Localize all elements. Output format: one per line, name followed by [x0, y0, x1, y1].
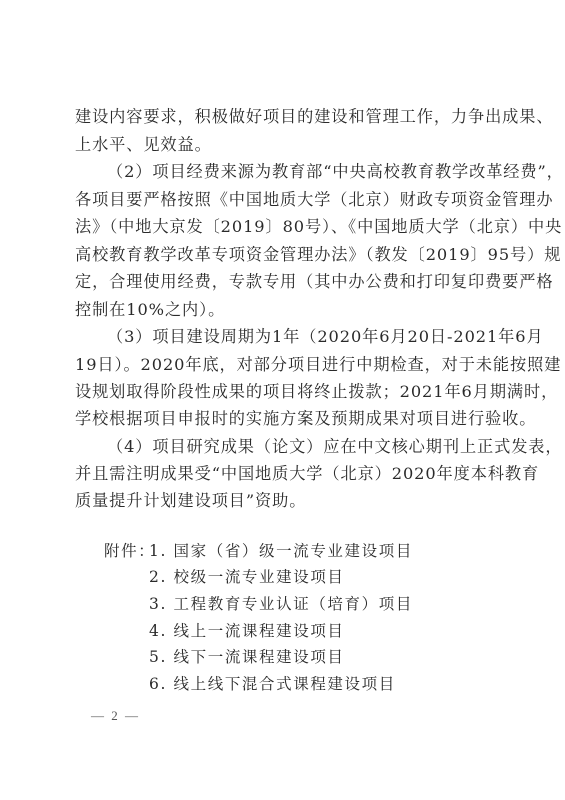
body-line: 设规划取得阶段性成果的项目将终止拨款；2021年6月期满时， — [75, 382, 495, 402]
body-line: 各项目要严格按照《中国地质大学（北京）财政专项资金管理办 — [75, 190, 495, 210]
paragraph-4-start: （4）项目研究成果（论文）应在中文核心期刊上正式发表， — [107, 437, 527, 457]
page-number: — 2 — — [91, 708, 140, 724]
body-line: 并且需注明成果受“中国地质大学（北京）2020年度本科教育 — [75, 464, 495, 484]
body-line: 定，合理使用经费，专款专用（其中办公费和打印复印费要严格 — [75, 272, 495, 292]
attachment-item: 4. 线上一流课程建设项目 — [149, 621, 345, 641]
attachment-item: 1. 国家（省）级一流专业建设项目 — [149, 541, 413, 561]
attachment-item: 5. 线下一流课程建设项目 — [149, 647, 345, 667]
body-line: 建设内容要求，积极做好项目的建设和管理工作，力争出成果、 — [75, 107, 495, 127]
body-line: 控制在10%之内）。 — [75, 300, 495, 320]
body-line: 学校根据项目申报时的实施方案及预期成果对项目进行验收。 — [75, 409, 495, 429]
body-line: 高校教育教学改革专项资金管理办法》（教发〔2019〕95号）规 — [75, 245, 495, 265]
body-line: 上水平、见效益。 — [75, 135, 495, 155]
body-line: 法》（中地大京发〔2019〕80号）、《中国地质大学（北京）中央 — [75, 217, 495, 237]
document-page: 建设内容要求，积极做好项目的建设和管理工作，力争出成果、 上水平、见效益。 （2… — [0, 0, 565, 800]
paragraph-2-start: （2）项目经费来源为教育部“中央高校教育教学改革经费”， — [107, 162, 527, 182]
paragraph-3-start: （3）项目建设周期为1年（2020年6月20日-2021年6月 — [107, 327, 527, 347]
body-line: 质量提升计划建设项目”资助。 — [75, 491, 495, 511]
attachment-item: 6. 线上线下混合式课程建设项目 — [149, 674, 396, 694]
body-line: 19日）。2020年底，对部分项目进行中期检查，对于未能按照建 — [75, 355, 495, 375]
attachment-item: 2. 校级一流专业建设项目 — [149, 567, 345, 587]
attachments-label: 附件： — [104, 541, 155, 561]
attachment-item: 3. 工程教育专业认证（培育）项目 — [149, 594, 413, 614]
